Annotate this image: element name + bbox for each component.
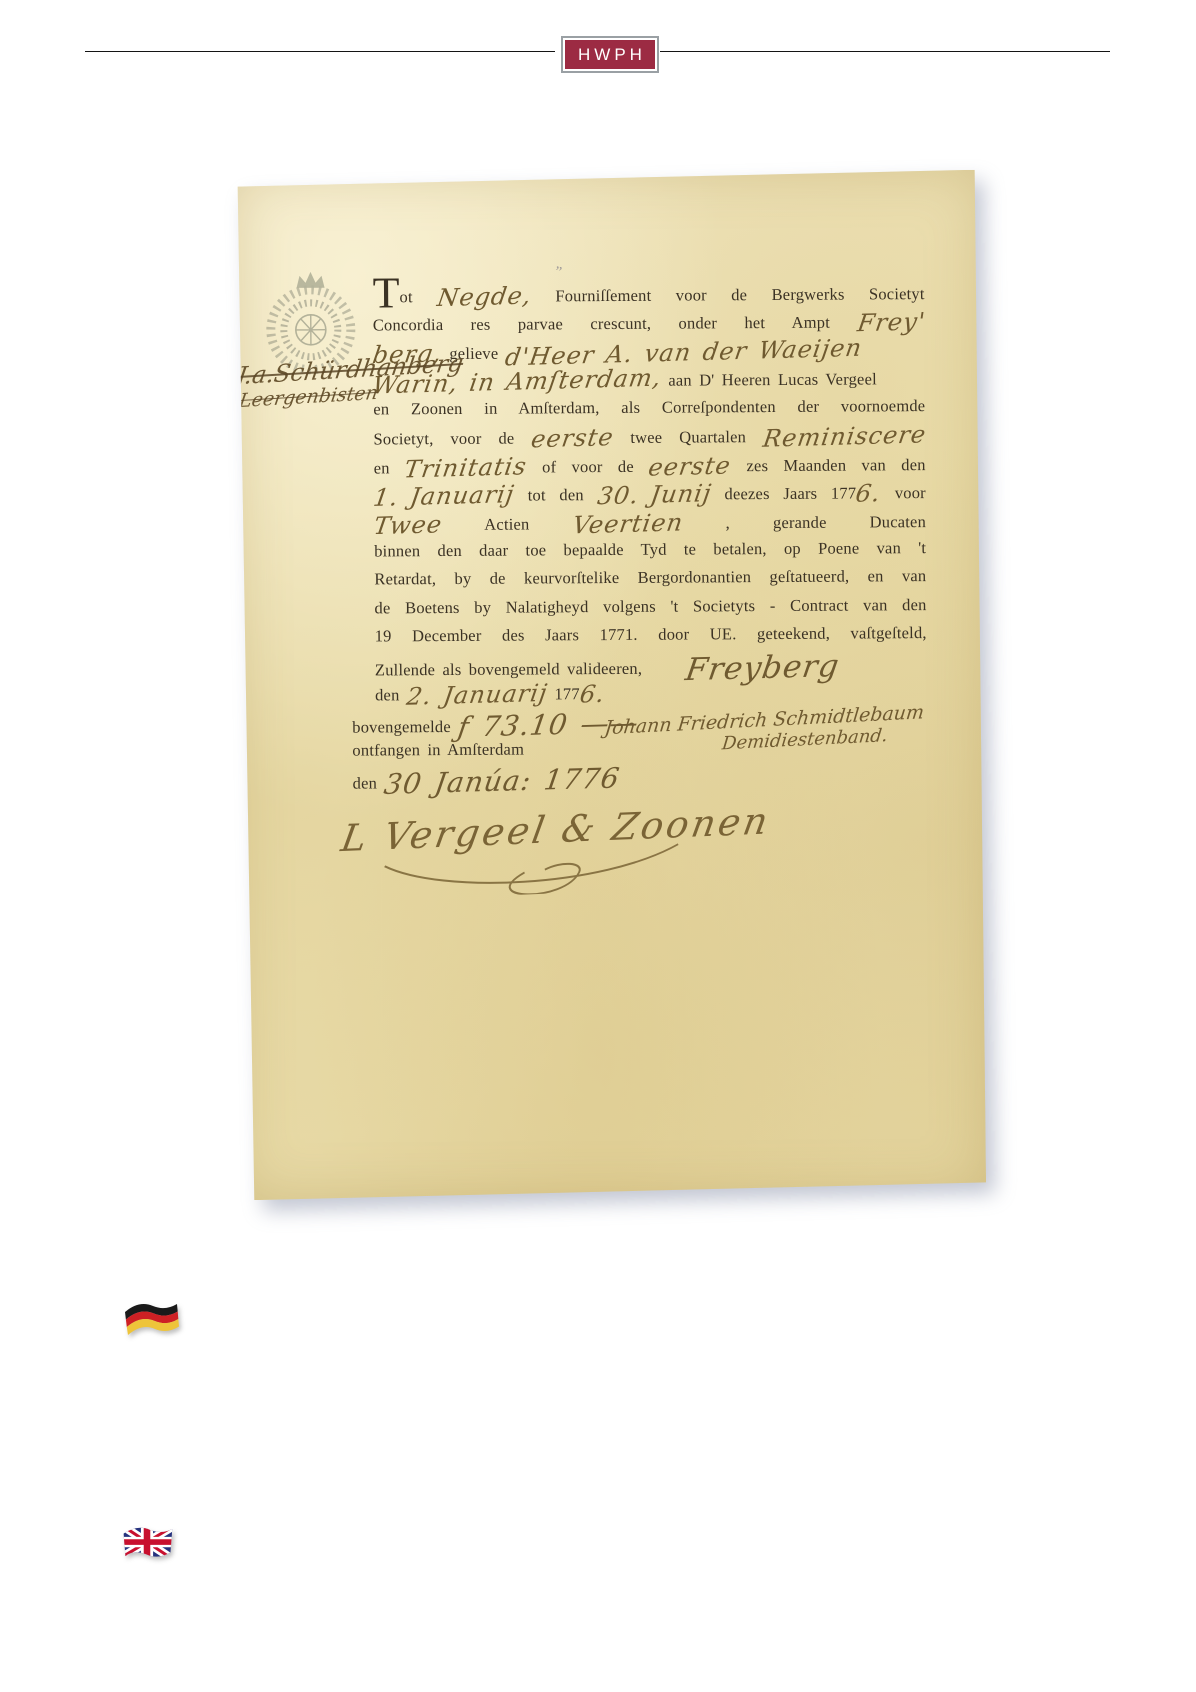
document-line: den 30 Janúa: 1776 bbox=[353, 765, 928, 797]
printed-text: tot den bbox=[514, 485, 597, 505]
corner-mark: „ bbox=[555, 256, 565, 274]
german-flag-icon bbox=[119, 1294, 183, 1344]
printed-text: bovengemelde bbox=[352, 716, 458, 736]
uk-flag-icon bbox=[117, 1520, 177, 1566]
brand-logo-box: HWPH bbox=[565, 40, 655, 69]
document-line: Retardat, by de keurvorſtelike Bergordon… bbox=[374, 566, 926, 598]
printed-text: aan D' Heeren Lucas Vergeel bbox=[661, 370, 877, 390]
handwritten-text: 2. Januarij bbox=[405, 681, 549, 709]
handwritten-text: Freyberg bbox=[684, 651, 842, 686]
header-rule-right bbox=[660, 51, 1110, 52]
printed-text: Actien bbox=[442, 514, 573, 534]
handwritten-text: Twee bbox=[372, 512, 444, 538]
document-line: Tot Negde, Fourniſſement voor de Bergwer… bbox=[373, 282, 925, 314]
header-rule-left bbox=[85, 51, 555, 52]
printed-text: T bbox=[372, 268, 399, 317]
printed-text: ot bbox=[399, 287, 437, 306]
document-line: 1. Januarij tot den 30. Junij deezes Jaa… bbox=[374, 481, 926, 513]
handwritten-text: 30. Junij bbox=[595, 481, 712, 508]
printed-text: binnen den daar toe bepaalde Tyd te beta… bbox=[374, 538, 926, 560]
handwritten-text: d'Heer A. van der Waeijen bbox=[503, 336, 863, 370]
handwritten-text: eerste bbox=[529, 425, 615, 451]
language-flag-german-button[interactable] bbox=[119, 1294, 183, 1344]
printed-text: Concordia res parvae crescunt, onder het… bbox=[373, 313, 858, 335]
handwritten-text: eerste bbox=[647, 453, 733, 479]
printed-text: den bbox=[353, 774, 385, 793]
receipt-signature-text: L Vergeel & Zoonen bbox=[338, 799, 774, 860]
document-line: binnen den daar toe bepaalde Tyd te beta… bbox=[374, 538, 926, 570]
printed-text: den bbox=[375, 685, 407, 704]
handwritten-text: 6. bbox=[578, 682, 607, 707]
printed-text: en bbox=[374, 458, 405, 477]
handwritten-text: 6. bbox=[854, 481, 883, 506]
document-line: Zullende als bovengemeld valideeren,Frey… bbox=[375, 652, 927, 684]
catalog-page: HWPH „ Tot Negde, Fourniſſement voor de … bbox=[0, 0, 1196, 1692]
handwritten-text: Frey' bbox=[855, 310, 926, 336]
language-flag-english-button[interactable] bbox=[117, 1520, 177, 1566]
printed-text: , gerande Ducaten bbox=[682, 512, 926, 532]
handwritten-text: Negde, bbox=[435, 283, 533, 310]
brand-logo: HWPH bbox=[561, 36, 659, 73]
printed-text: voor bbox=[881, 483, 926, 502]
printed-text: Fourniſſement voor de Bergwerks Societyt bbox=[531, 284, 925, 305]
printed-text: zes Maanden van den bbox=[731, 455, 926, 475]
document-line: de Boetens by Nalatigheyd volgens 't Soc… bbox=[374, 595, 926, 627]
printed-text: Societyt, voor de bbox=[373, 429, 531, 449]
printed-text: 177 bbox=[547, 684, 580, 703]
printed-text: Retardat, by de keurvorſtelike Bergordon… bbox=[374, 566, 926, 588]
printed-text: 19 December des Jaars 1771. door UE. get… bbox=[375, 623, 927, 645]
printed-text: Zullende als bovengemeld valideeren, bbox=[375, 658, 642, 679]
handwritten-text: 1. Januarij bbox=[372, 482, 516, 510]
receipt-signature: L Vergeel & Zoonen bbox=[331, 799, 774, 902]
certificate-paper: „ Tot Negde, Fourniſſement voor de Bergw… bbox=[234, 170, 986, 1201]
handwritten-text: Reminiscere bbox=[761, 423, 928, 451]
document-line: en Trinitatis of voor de eerste zes Maan… bbox=[374, 453, 926, 485]
printed-text: twee Quartalen bbox=[613, 427, 763, 447]
handwritten-text: Veertien bbox=[571, 510, 685, 537]
handwritten-text: Trinitatis bbox=[403, 454, 529, 481]
printed-text: de Boetens by Nalatigheyd volgens 't Soc… bbox=[374, 595, 926, 617]
document-line: Societyt, voor de eerste twee Quartalen … bbox=[373, 424, 925, 456]
document-line: 19 December des Jaars 1771. door UE. get… bbox=[375, 623, 927, 655]
printed-text: of voor de bbox=[527, 456, 649, 476]
certificate-image: „ Tot Negde, Fourniſſement voor de Bergw… bbox=[237, 172, 983, 1198]
handwritten-text: 30 Janúa: 1776 bbox=[382, 765, 622, 799]
document-line: Twee Actien Veertien , gerande Ducaten bbox=[374, 510, 926, 542]
brand-label: HWPH bbox=[574, 45, 646, 65]
printed-text: deezes Jaars 177 bbox=[711, 484, 856, 504]
